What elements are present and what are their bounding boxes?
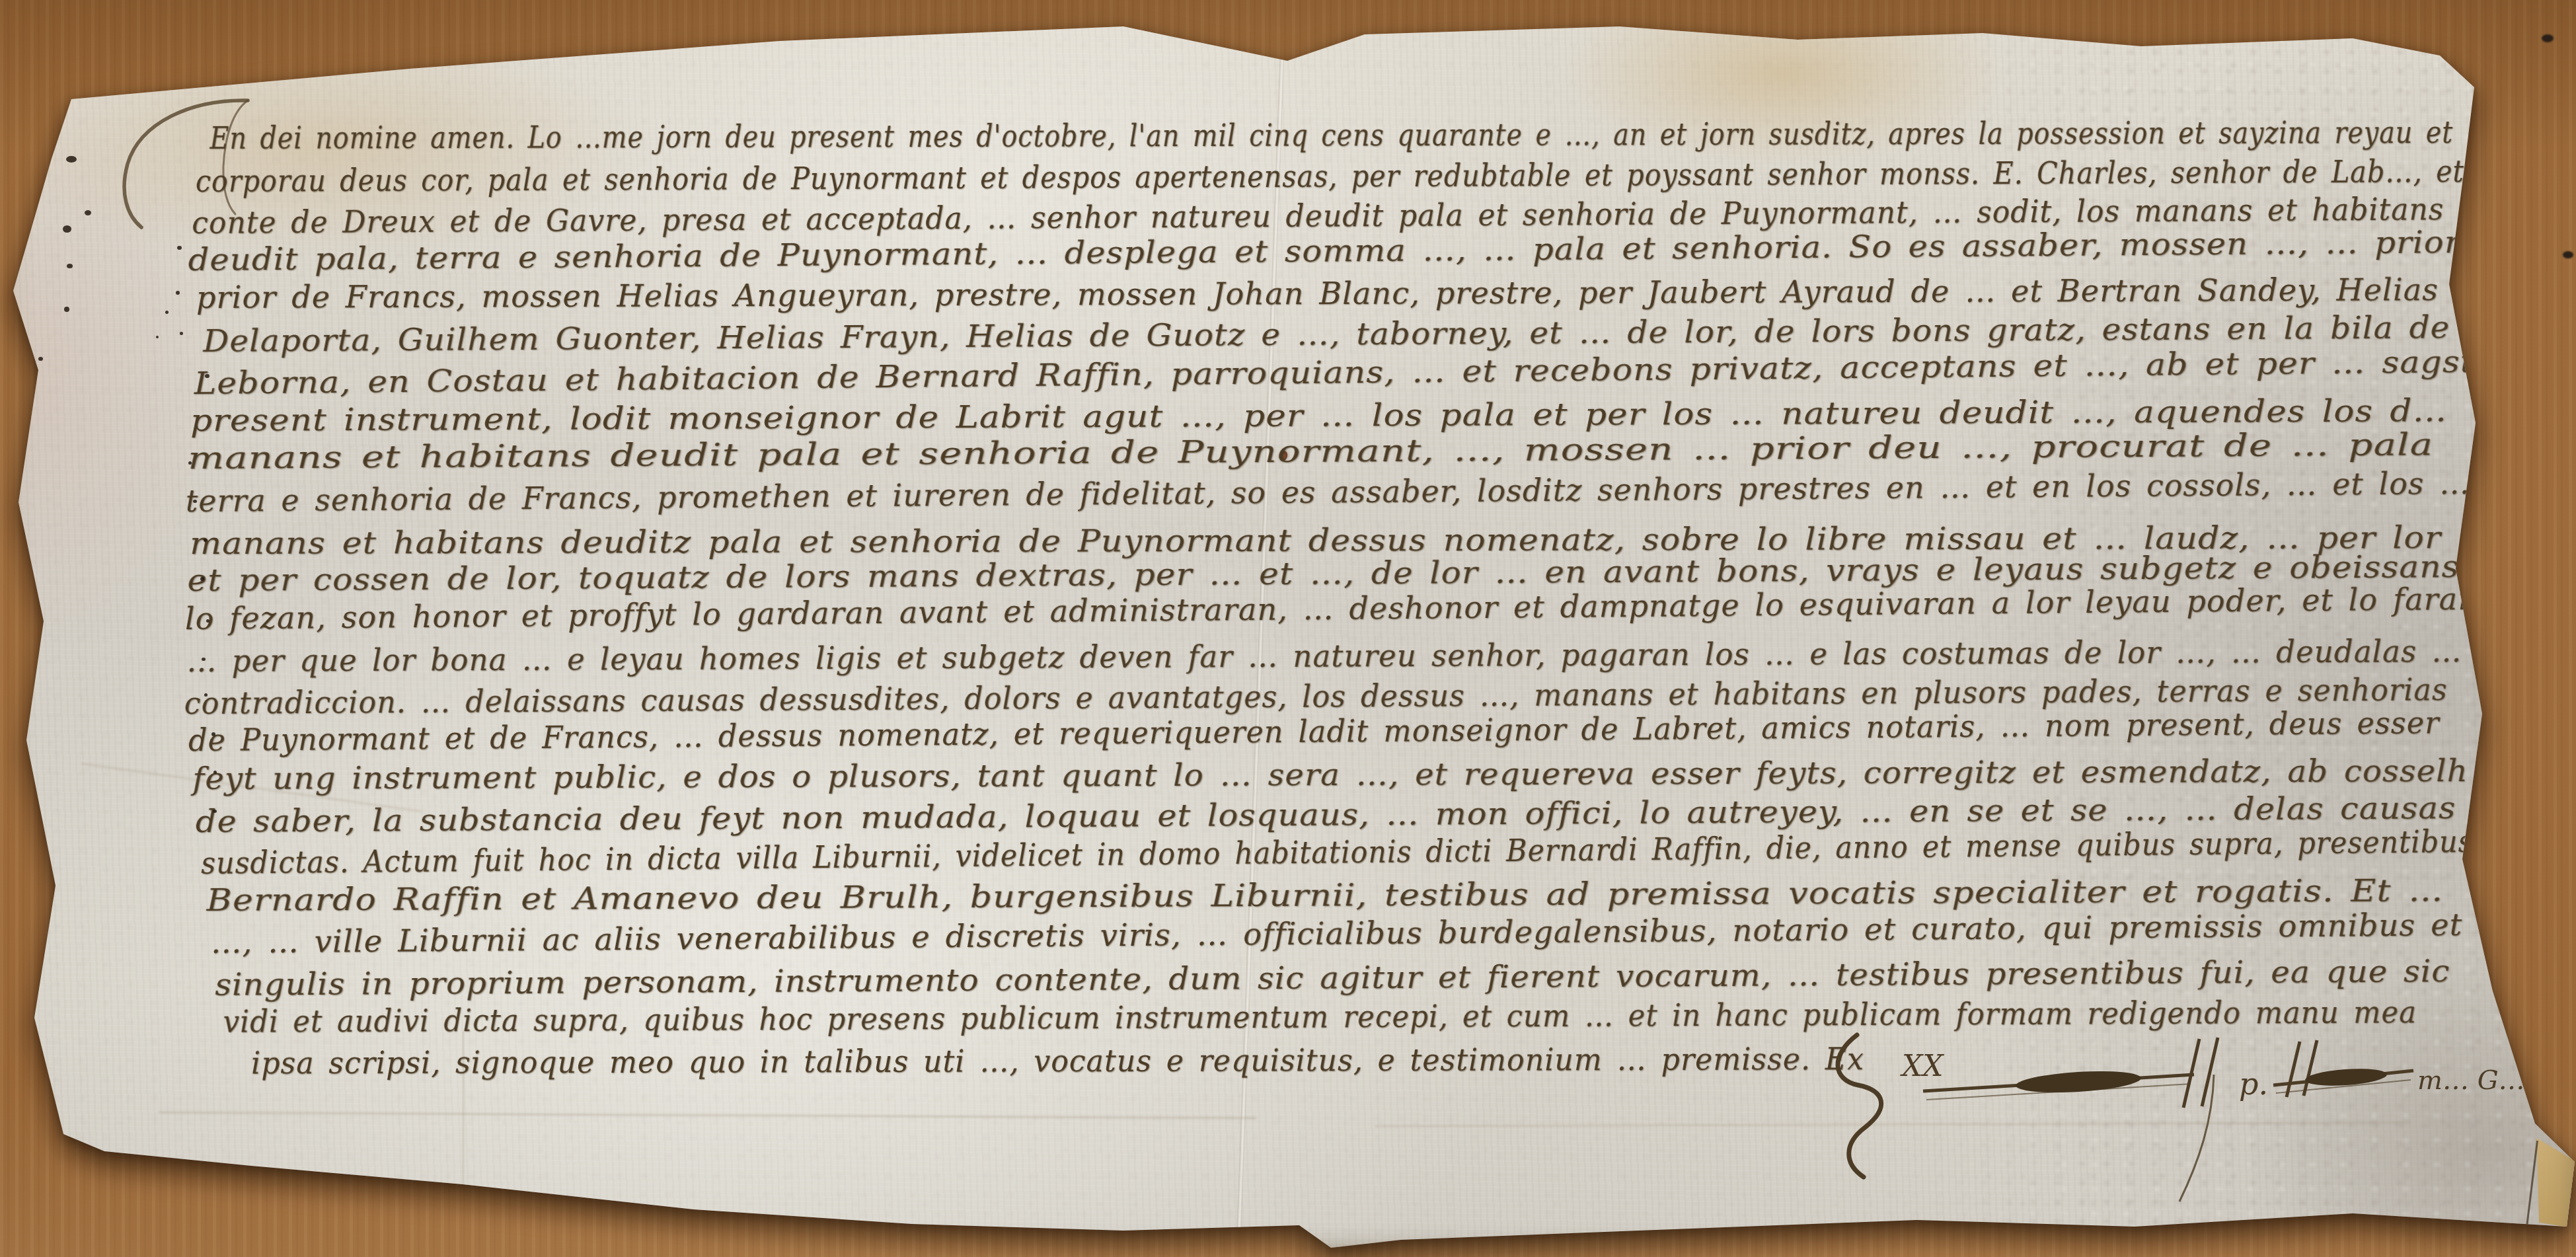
manuscript-line: singulis in proprium personam, instrumen… xyxy=(215,956,2450,1000)
manuscript-line: ipsa scripsi, signoque meo quo in talibu… xyxy=(251,1044,1864,1079)
folded-corner xyxy=(2535,1138,2576,1228)
manuscript-line: En dei nomine amen. Lo …me jorn deu pres… xyxy=(209,117,2453,153)
ink-speck xyxy=(213,810,217,813)
ink-speck xyxy=(211,732,215,736)
ink-speck xyxy=(38,357,43,361)
ink-speck xyxy=(176,291,180,295)
photo-background: En dei nomine amen. Lo …me jorn deu pres… xyxy=(0,0,2576,1257)
parchment-sheet: En dei nomine amen. Lo …me jorn deu pres… xyxy=(0,0,2576,1257)
ink-speck xyxy=(177,246,182,250)
ink-speck xyxy=(156,336,159,338)
ink-speck xyxy=(200,577,204,581)
notarial-cross-icon xyxy=(2179,1038,2218,1201)
parchment-shadow-wrap: En dei nomine amen. Lo …me jorn deu pres… xyxy=(0,0,2576,1257)
ink-speck xyxy=(202,658,206,661)
notarial-s-flourish-icon xyxy=(1838,1035,1881,1177)
ink-speck xyxy=(180,332,183,335)
manuscript-line: corporau deus cor, pala et senhoria de P… xyxy=(196,156,2464,196)
ink-speck xyxy=(213,771,217,774)
ink-speck xyxy=(204,693,208,697)
notarial-xx-mark: XX xyxy=(1900,1049,1944,1083)
manuscript-line: prior de Francs, mossen Helias Angueyran… xyxy=(196,274,2439,313)
manuscript-line: …, … ville Liburnii ac aliis venerabilib… xyxy=(211,909,2463,958)
ink-speck xyxy=(64,307,69,312)
ink-speck xyxy=(66,156,77,163)
notarial-p-mark: p. xyxy=(2239,1066,2268,1102)
ink-speck xyxy=(206,619,209,623)
notarial-trailing-word: m… G… xyxy=(2417,1065,2525,1096)
ink-speck xyxy=(205,374,209,378)
ink-speck xyxy=(165,311,169,314)
ink-speck xyxy=(85,210,91,215)
manuscript-line: … per que lor bona … e leyau homes ligis… xyxy=(186,636,2462,676)
notarial-sign-flourish: XX p. xyxy=(1692,1028,2472,1213)
ink-speck xyxy=(204,539,207,542)
manuscript-line: terra e senhoria de Francs, promethen et… xyxy=(186,468,2470,516)
ink-speck xyxy=(188,461,192,465)
ink-speck xyxy=(67,264,73,268)
notarial-cross-icon xyxy=(2287,1040,2317,1097)
manuscript-line: feyt ung instrument public, e dos o plus… xyxy=(192,755,2468,794)
notarial-stroke-icon xyxy=(1923,1068,2194,1100)
ink-speck xyxy=(63,225,71,233)
ink-speck xyxy=(193,500,197,503)
